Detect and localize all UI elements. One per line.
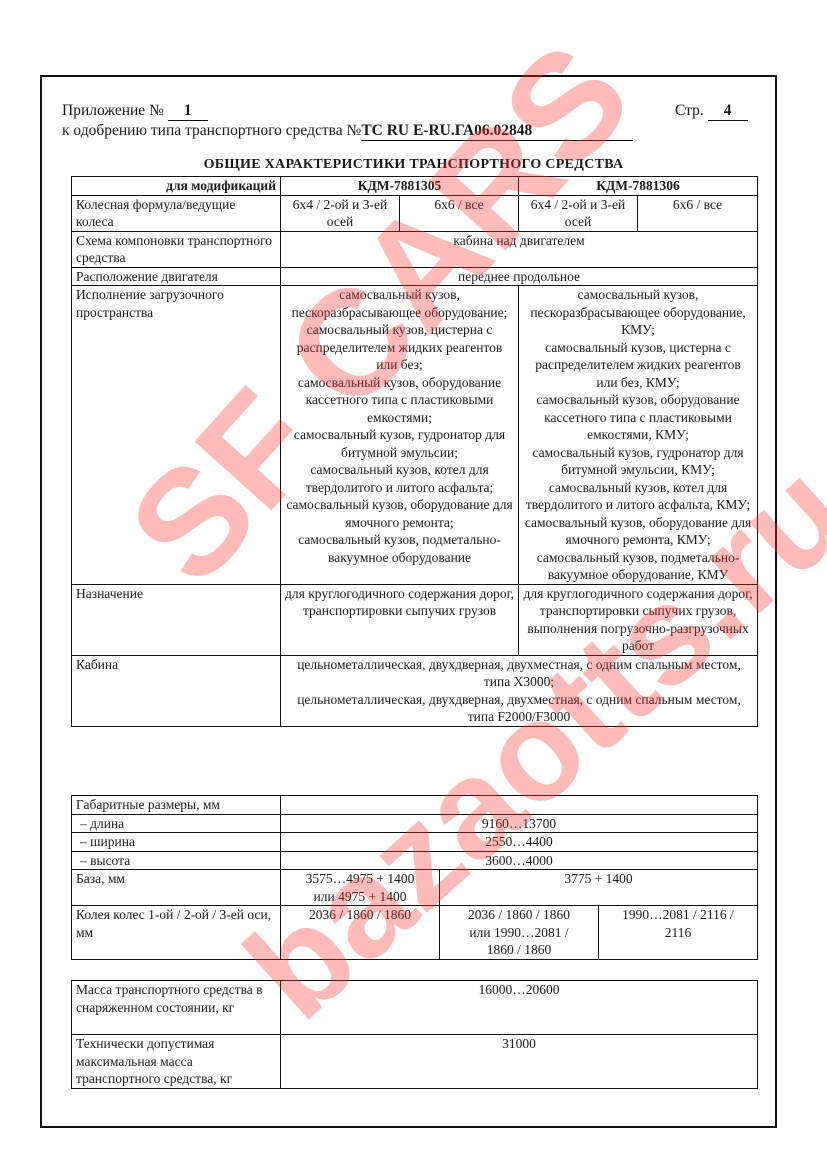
row-label: Схема компоновки транспортного средства — [72, 231, 281, 267]
cell: 2036 / 1860 / 1860 — [281, 906, 440, 960]
cell: 6x4 / 2-ой и 3-ей осей — [519, 195, 638, 231]
table-header-row: для модификаций КДМ-7881305 КДМ-7881306 — [72, 177, 758, 196]
row-label: – высота — [72, 851, 281, 870]
approval-number: TC RU E-RU.ГА06.02848 — [361, 121, 633, 141]
cell: 16000…20600 — [281, 981, 758, 1035]
page-number-line: Стр. 4 — [675, 101, 748, 121]
document-title: ОБЩИЕ ХАРАКТЕРИСТИКИ ТРАНСПОРТНОГО СРЕДС… — [0, 157, 827, 173]
cell: 6x4 / 2-ой и 3-ей осей — [281, 195, 400, 231]
row-label: Расположение двигателя — [72, 267, 281, 286]
cell: 6x6 / все — [638, 195, 758, 231]
cell: для круглогодичного содержания дорог, тр… — [281, 584, 519, 655]
table-row: Назначение для круглогодичного содержани… — [72, 584, 758, 655]
model-2: КДМ-7881306 — [519, 177, 758, 196]
table-row: – высота 3600…4000 — [72, 851, 758, 870]
table-row: Схема компоновки транспортного средства … — [72, 231, 758, 267]
row-label: Исполнение загрузочного пространства — [72, 286, 281, 585]
cell: переднее продольное — [281, 267, 758, 286]
appendix-number: 1 — [168, 101, 208, 121]
table-row: Масса транспортного средства в снаряженн… — [72, 981, 758, 1035]
table-row: База, мм 3575…4975 + 1400 или 4975 + 140… — [72, 870, 758, 906]
cell: 2036 / 1860 / 1860 или 1990…2081 / 1860 … — [440, 906, 599, 960]
table-row: Технически допустимая максимальная масса… — [72, 1035, 758, 1089]
row-label: Колея колес 1-ой / 2-ой / 3-ей оси, мм — [72, 906, 281, 960]
approval-line: к одобрению типа транспортного средства … — [62, 121, 633, 141]
cell: самосвальный кузов, пескоразбрасывающее … — [281, 286, 519, 585]
appendix-line: Приложение № 1 — [62, 101, 208, 121]
cell: 6x6 / все — [400, 195, 519, 231]
page-label: Стр. — [675, 102, 704, 119]
row-label: Габаритные размеры, мм — [72, 796, 281, 815]
table-row: Исполнение загрузочного пространства сам… — [72, 286, 758, 585]
characteristics-table: для модификаций КДМ-7881305 КДМ-7881306 … — [71, 176, 758, 727]
cell: самосвальный кузов, пескоразбрасывающее … — [519, 286, 758, 585]
modifications-label: для модификаций — [72, 177, 281, 196]
table-row: – длина 9160…13700 — [72, 814, 758, 833]
table-row: Кабина цельнометаллическая, двухдверная,… — [72, 655, 758, 726]
mass-table: Масса транспортного средства в снаряженн… — [71, 980, 758, 1089]
row-label: Масса транспортного средства в снаряженн… — [72, 981, 281, 1035]
table-row: Колея колес 1-ой / 2-ой / 3-ей оси, мм 2… — [72, 906, 758, 960]
appendix-label: Приложение № — [62, 102, 164, 119]
row-label: – длина — [72, 814, 281, 833]
cell: 31000 — [281, 1035, 758, 1089]
cell: 3775 + 1400 — [440, 870, 758, 906]
row-label: – ширина — [72, 833, 281, 852]
cell: 2550…4400 — [281, 833, 758, 852]
row-label: Технически допустимая максимальная масса… — [72, 1035, 281, 1089]
cell: 3575…4975 + 1400 или 4975 + 1400 — [281, 870, 440, 906]
approval-label: к одобрению типа транспортного средства … — [62, 122, 361, 139]
cell — [281, 796, 758, 815]
cell: цельнометаллическая, двухдверная, двухме… — [281, 655, 758, 726]
row-label: База, мм — [72, 870, 281, 906]
table-row: Колесная формула/ведущие колеса 6x4 / 2-… — [72, 195, 758, 231]
cell: 9160…13700 — [281, 814, 758, 833]
page-number: 4 — [708, 101, 748, 121]
cell: 3600…4000 — [281, 851, 758, 870]
row-label: Кабина — [72, 655, 281, 726]
row-label: Колесная формула/ведущие колеса — [72, 195, 281, 231]
dimensions-table: Габаритные размеры, мм – длина 9160…1370… — [71, 795, 758, 960]
table-row: Габаритные размеры, мм — [72, 796, 758, 815]
row-label: Назначение — [72, 584, 281, 655]
model-1: КДМ-7881305 — [281, 177, 519, 196]
cell: 1990…2081 / 2116 / 2116 — [599, 906, 758, 960]
table-row: – ширина 2550…4400 — [72, 833, 758, 852]
cell: для круглогодичного содержания дорог, тр… — [519, 584, 758, 655]
cell: кабина над двигателем — [281, 231, 758, 267]
table-row: Расположение двигателя переднее продольн… — [72, 267, 758, 286]
